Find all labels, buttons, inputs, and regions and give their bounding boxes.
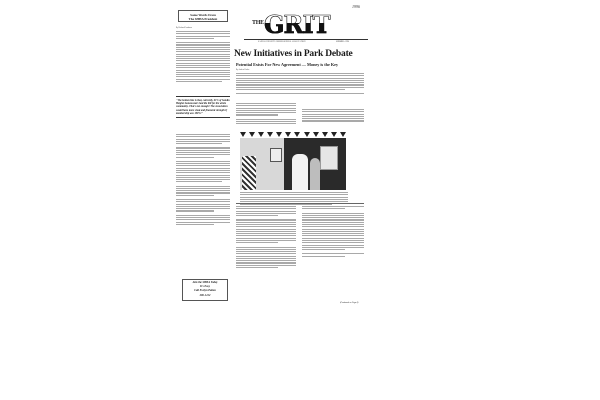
article-column-1-top [236, 103, 296, 126]
masthead-issue-date: SUMMER • 1996 [336, 41, 349, 43]
newsletter-page: Some Words From The SHHA President By Ri… [172, 2, 368, 310]
masthead: 1996 THE GRIT SANDIA HEIGHTS HOMEOWNERS … [244, 8, 368, 46]
meeting-photo [240, 138, 346, 190]
article-intro [236, 73, 364, 96]
join-shha-box: Join the SHHA Today It's Easy Call Evely… [182, 279, 228, 301]
article-column-1-bottom [236, 206, 296, 269]
article-subheadline: Potential Exists For New Agreement — Mon… [236, 62, 338, 67]
article-byline: By Andrew Parker [236, 69, 249, 71]
pullquote: "The bottom line is that, currently, 61%… [176, 96, 230, 118]
president-byline: By Richard Goodman [176, 27, 192, 29]
president-box-title-line2: The SHHA President [179, 17, 227, 21]
masthead-the: THE [252, 20, 264, 26]
article-column-2-top [302, 109, 364, 123]
president-box: Some Words From The SHHA President [178, 10, 228, 22]
photo-caption [240, 192, 348, 206]
masthead-organization: SANDIA HEIGHTS HOMEOWNERS ASSOCIATION [258, 41, 306, 43]
continued-on-page: (Continued on Page 4) [340, 302, 358, 304]
join-line-4: 296-1412 [183, 294, 227, 298]
president-text-block-2 [176, 134, 230, 226]
masthead-title: GRIT [264, 10, 330, 39]
masthead-rule [244, 39, 368, 40]
president-text-block-1 [176, 31, 230, 83]
caption-divider [236, 203, 364, 204]
article-column-2-bottom [302, 206, 364, 258]
article-headline: New Initiatives in Park Debate [234, 49, 353, 59]
handwritten-note: 1996 [352, 4, 360, 9]
